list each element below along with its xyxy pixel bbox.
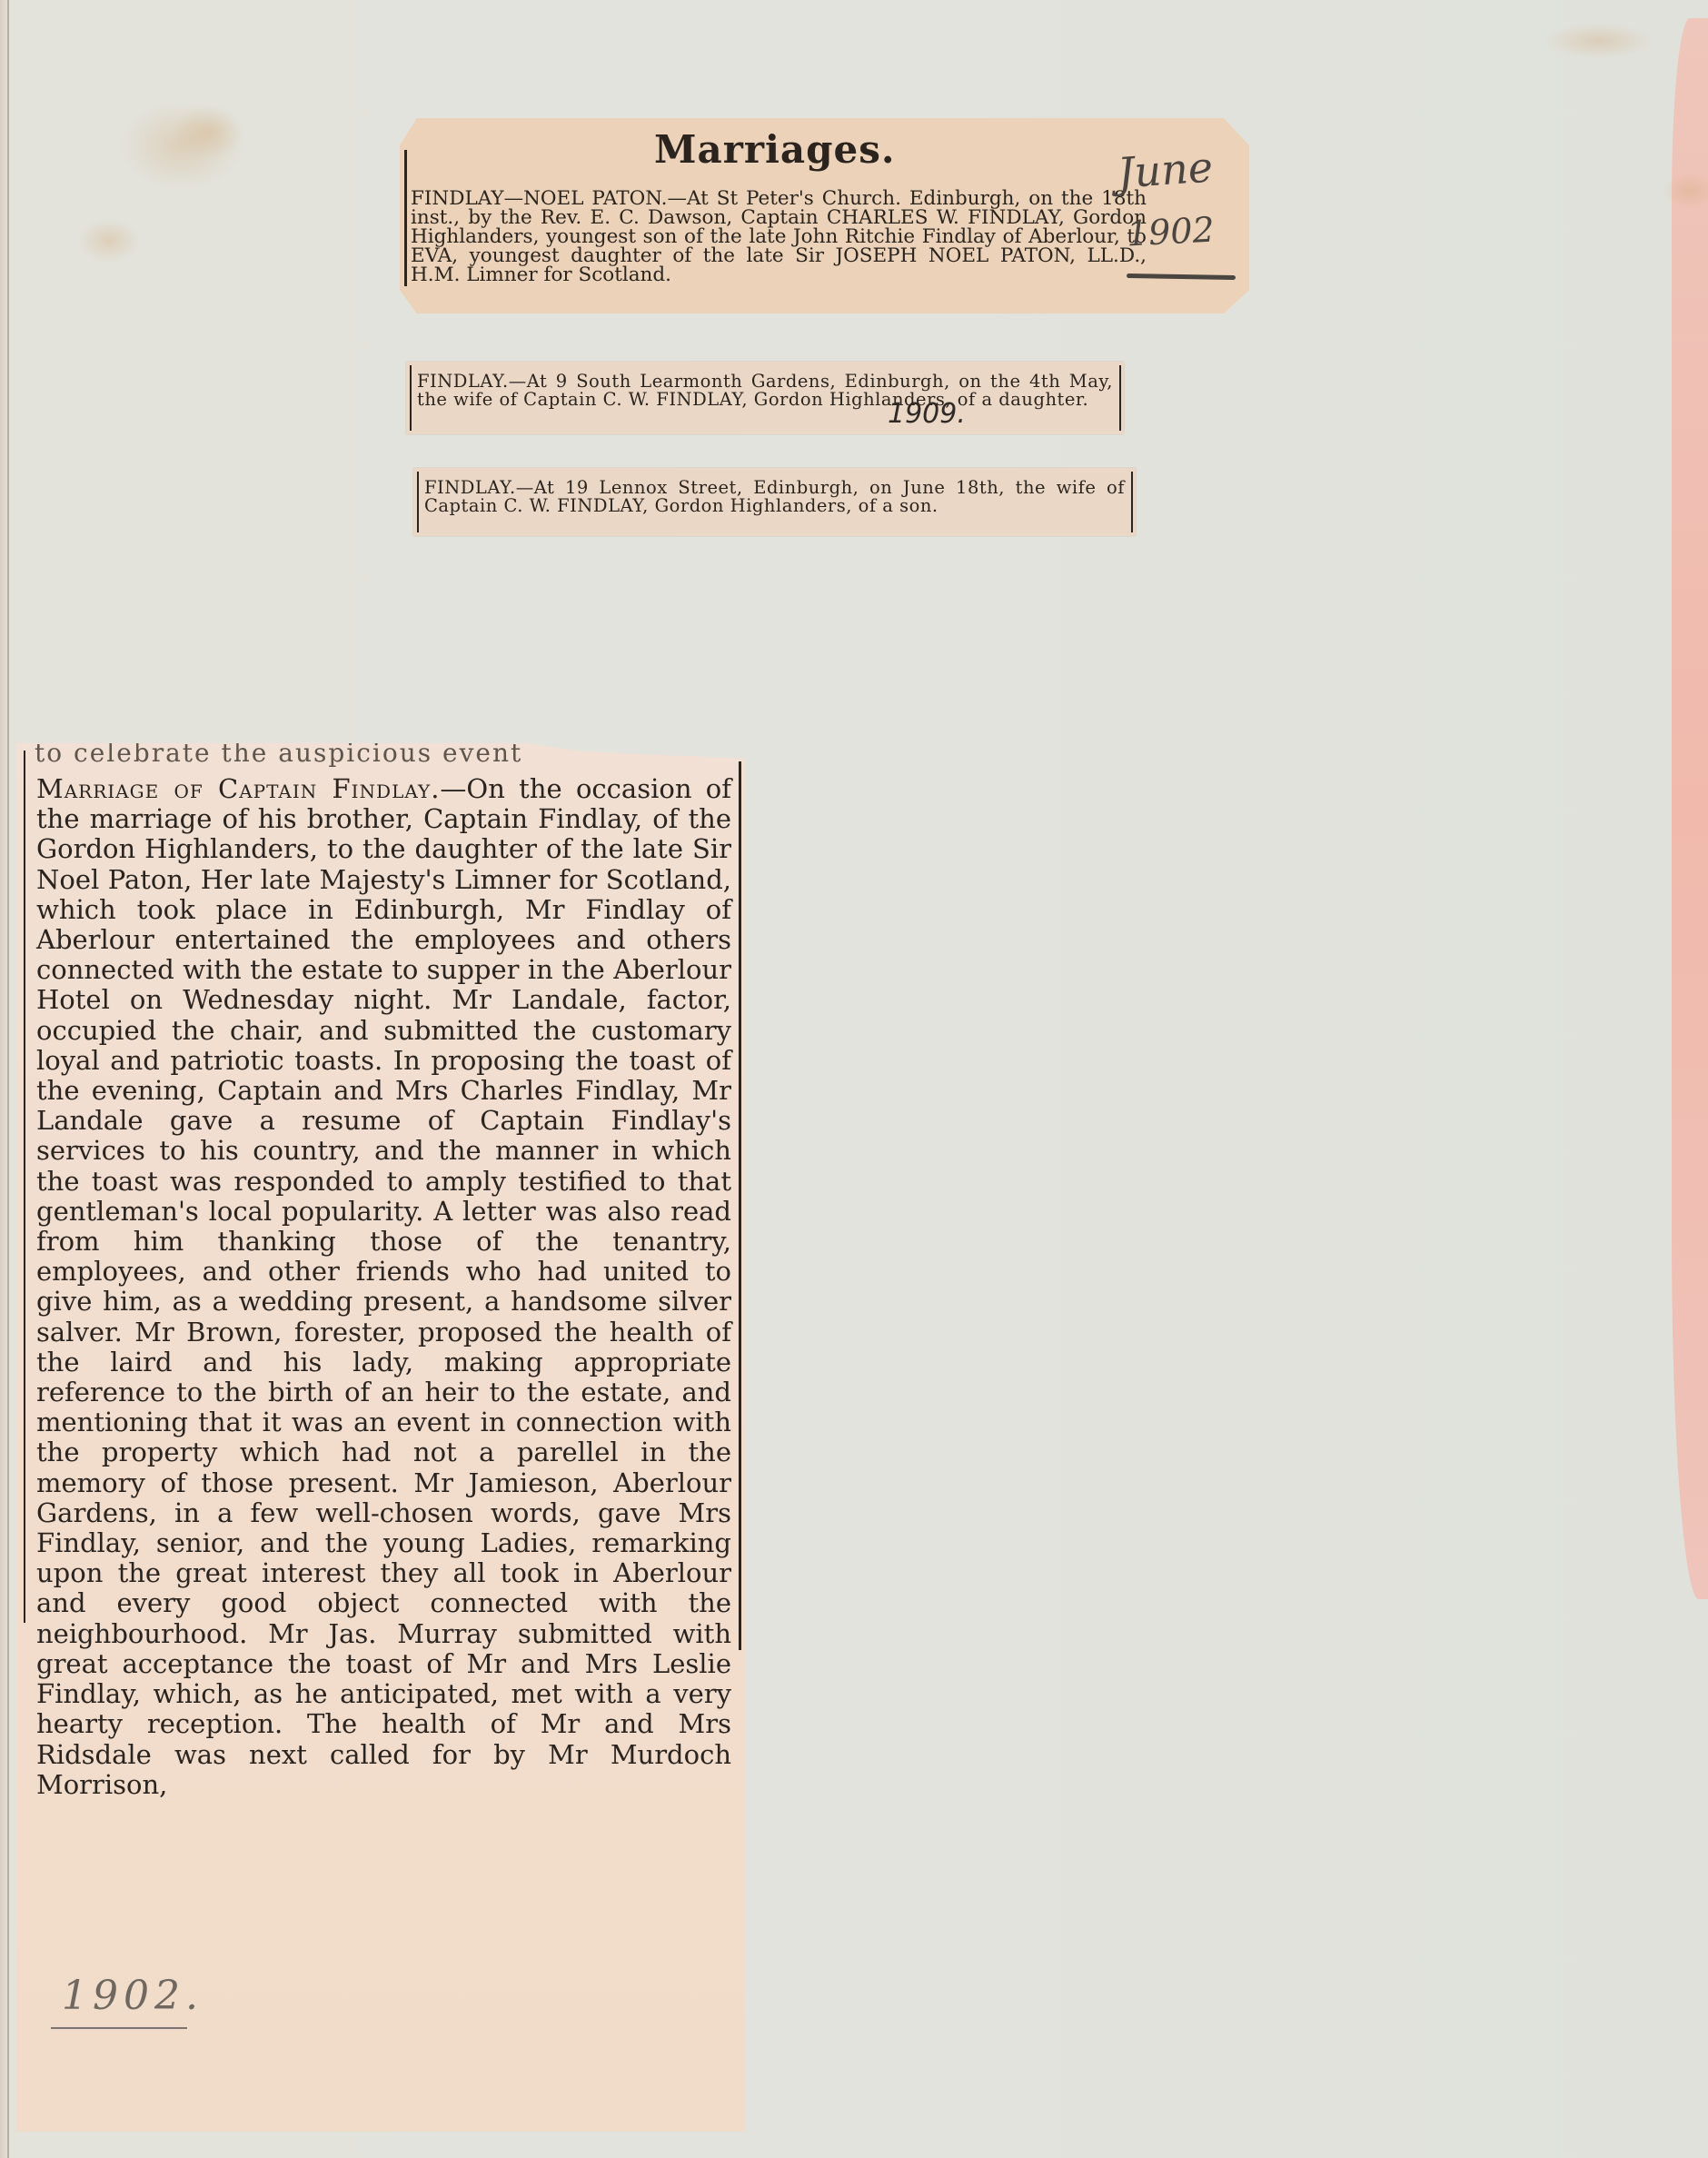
article-text: Marriage of Captain Findlay.—On the occa…	[36, 774, 731, 1800]
scrapbook-page: Marriages. FINDLAY—NOEL PATON.—At St Pet…	[0, 0, 1708, 2158]
clipping-birth-daughter: FINDLAY.—At 9 South Learmonth Gardens, E…	[406, 362, 1124, 434]
column-rule-left	[417, 472, 419, 532]
foxing-stain	[173, 104, 245, 159]
birth-notice-text: FINDLAY.—At 19 Lennox Street, Edinburgh,…	[424, 479, 1125, 515]
handwritten-year: 1902.	[62, 1973, 204, 2019]
column-rule	[404, 150, 407, 286]
clipping-marriages: Marriages. FINDLAY—NOEL PATON.—At St Pet…	[400, 118, 1249, 313]
clipping-article: to celebrate the auspicious event Marria…	[16, 743, 745, 2132]
adjacent-pink-page-edge	[1672, 18, 1708, 1599]
column-rule-right	[1131, 472, 1133, 532]
column-rule-left	[24, 751, 25, 1623]
handwritten-underline	[51, 2027, 187, 2029]
foxing-stain	[1663, 173, 1708, 209]
birth-notice-text: FINDLAY.—At 9 South Learmonth Gardens, E…	[417, 373, 1113, 409]
column-rule-left	[410, 365, 412, 431]
column-rule-right	[1119, 365, 1121, 431]
handwritten-month: June	[1116, 142, 1214, 197]
article-body: —On the occasion of the marriage of his …	[36, 773, 731, 1800]
truncated-previous-line: to celebrate the auspicious event	[35, 738, 522, 768]
handwritten-year: 1909.	[888, 398, 966, 430]
article-title: Marriage of Captain Findlay.	[36, 773, 440, 804]
clipping-heading: Marriages.	[654, 127, 896, 172]
column-rule-right	[739, 761, 741, 1650]
clipping-birth-son: FINDLAY.—At 19 Lennox Street, Edinburgh,…	[413, 468, 1136, 536]
foxing-stain	[77, 218, 141, 264]
page-binding-edge	[7, 0, 9, 2158]
marriage-notice-text: FINDLAY—NOEL PATON.—At St Peter's Church…	[411, 189, 1147, 284]
handwritten-year: 1902	[1126, 209, 1216, 254]
foxing-stain	[1544, 23, 1653, 59]
